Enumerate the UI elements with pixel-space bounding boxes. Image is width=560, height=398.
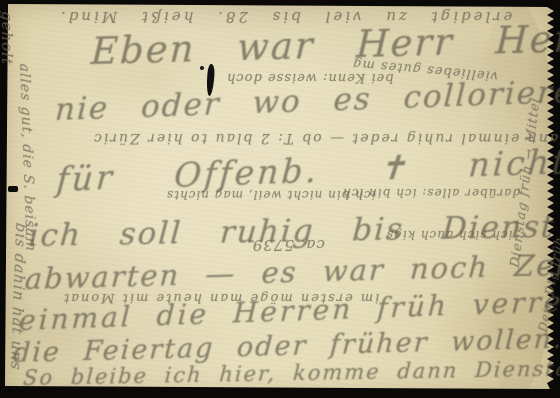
ink-dot — [200, 66, 204, 70]
margin-note: geholt — [0, 10, 16, 66]
ink-dash — [8, 186, 18, 192]
inverted-text: im ersten möge man heute mit Monat — [62, 290, 379, 305]
inverted-handwriting-line: ich sich auch kigs — [386, 228, 512, 242]
inverted-text: ich sich auch kigs — [386, 228, 512, 242]
inverted-handwriting-line: erledigt zu viel bis 28. heißt Mind. — [58, 8, 512, 26]
inverted-text: ca. 5739. — [246, 236, 325, 254]
inverted-handwriting-line: darüber alles: ich bin ich — [342, 186, 520, 200]
inverted-handwriting-line: ca. 5739. — [246, 236, 325, 254]
inverted-text: Kann einmal ruhig redet — ob T: 2 blau t… — [92, 130, 560, 146]
inverted-text: erledigt zu viel bis 28. heißt Mind. — [58, 8, 512, 26]
scan-background: Eben war Herr Herder nie oder wo es coll… — [0, 0, 560, 398]
inverted-text: darüber alles: ich bin ich — [342, 186, 520, 200]
inverted-handwriting-line: vielliebes gutes mg — [352, 62, 498, 77]
inverted-handwriting-line: Kann einmal ruhig redet — ob T: 2 blau t… — [92, 130, 560, 146]
inverted-handwriting-line: im ersten möge man heute mit Monat — [62, 290, 379, 305]
